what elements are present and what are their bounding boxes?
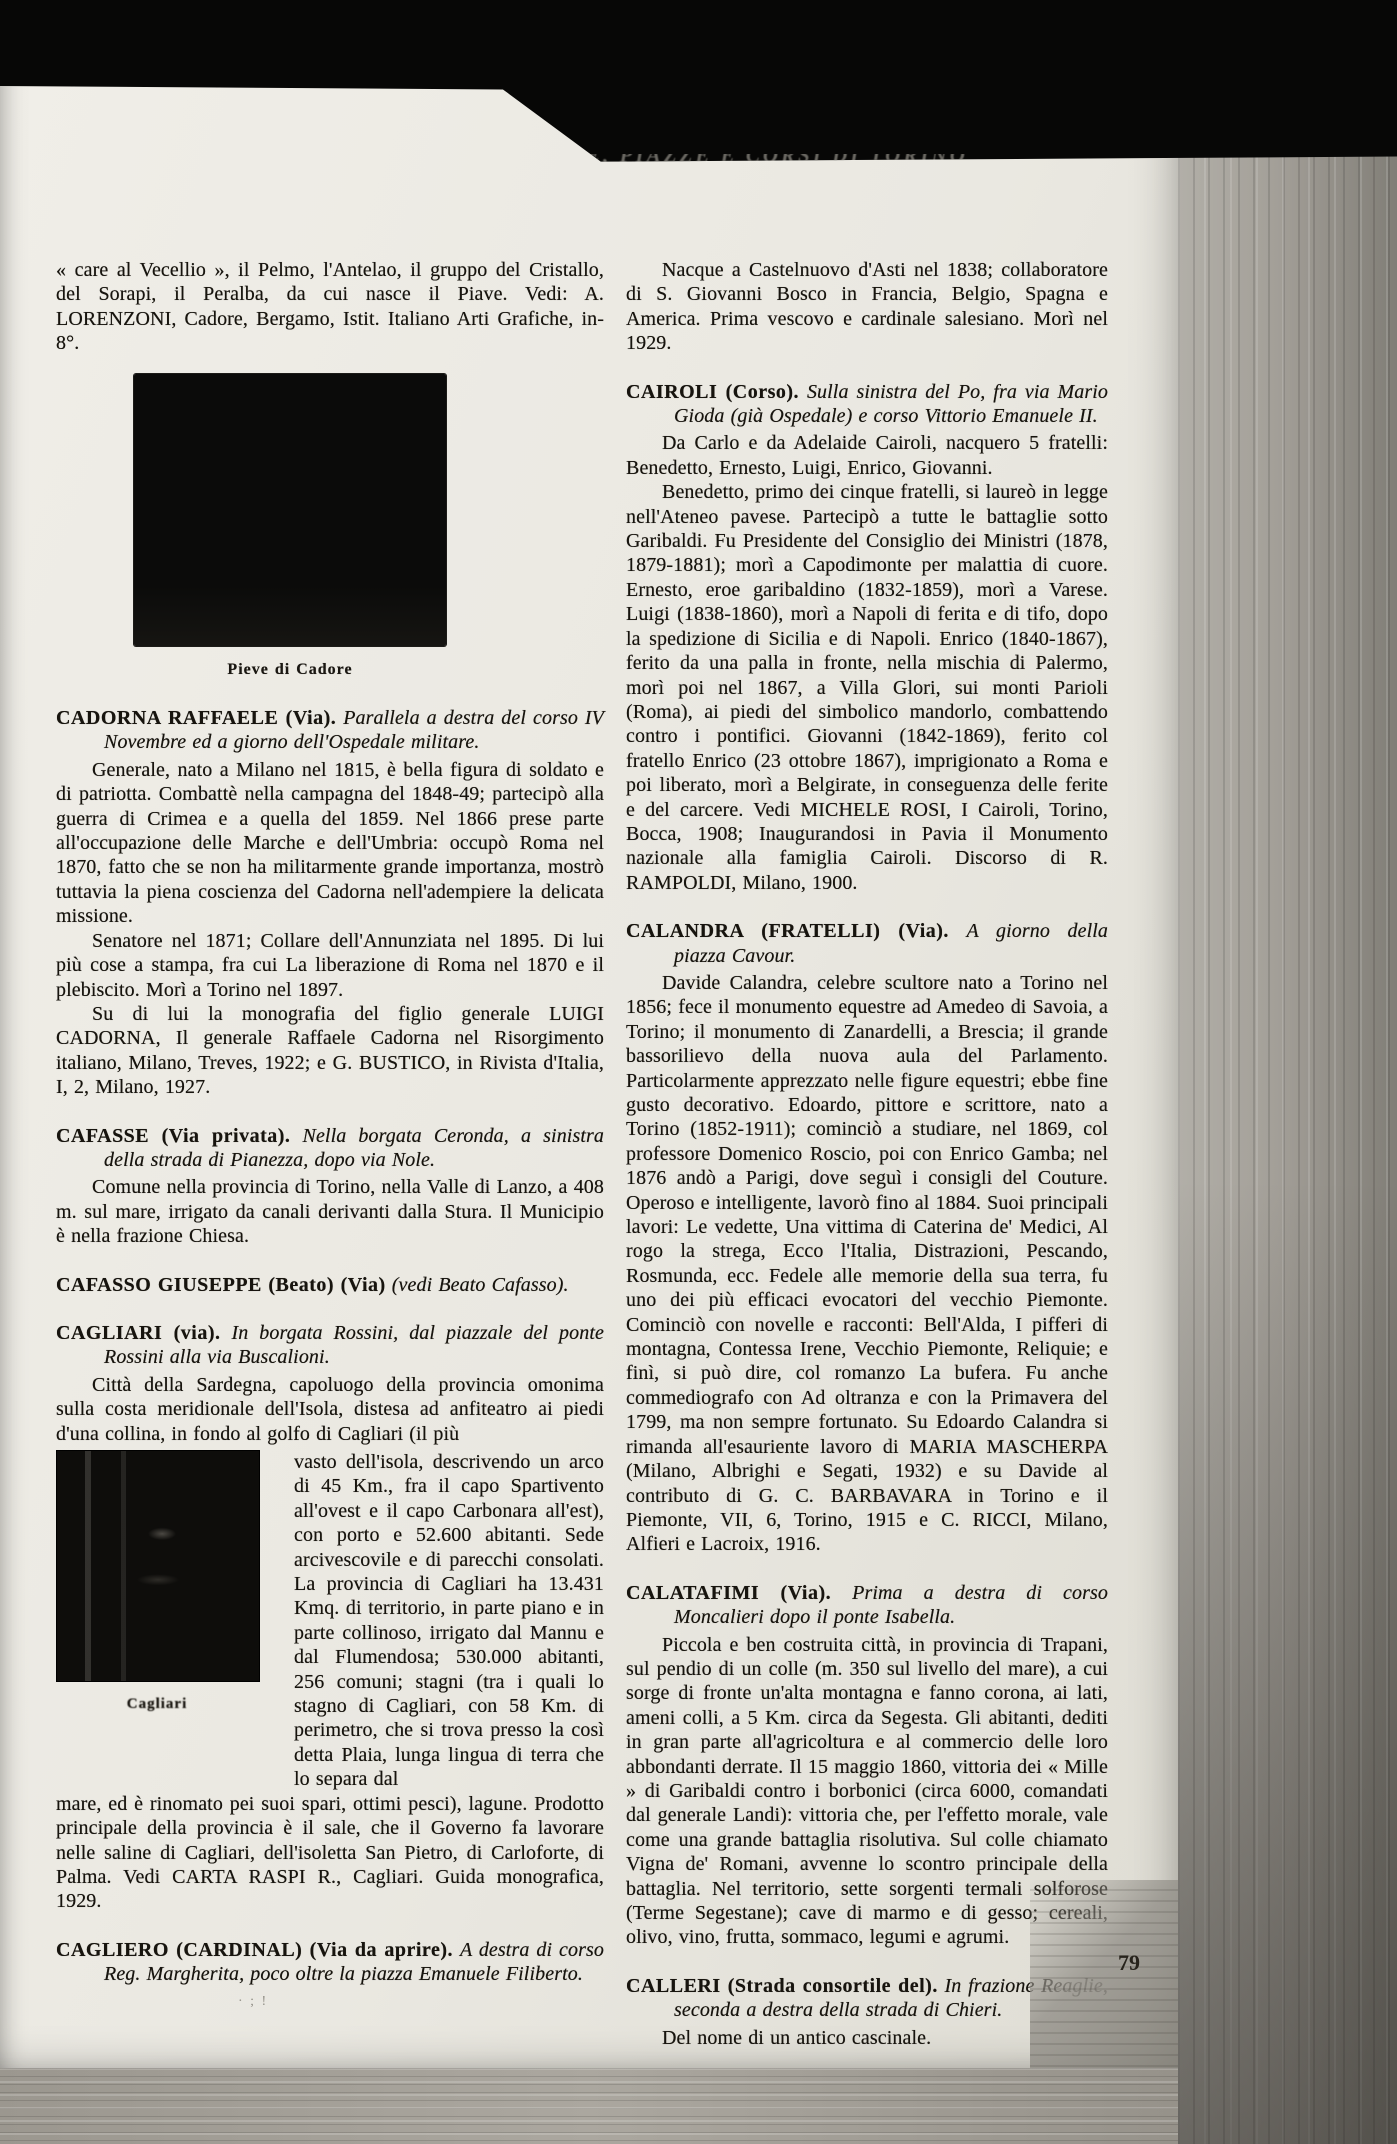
entry-heading: CAFASSE (Via privata). Nella borgata Cer… (56, 1124, 604, 1173)
entry-paragraph: mare, ed è rinomato pei suoi spari, otti… (56, 1792, 604, 1914)
entry-paragraph: Da Carlo e da Adelaide Cairoli, nacquero… (626, 431, 1108, 480)
entry-paragraph: Comune nella provincia di Torino, nella … (56, 1175, 604, 1248)
cagliari-figure-row: Cagliari vasto dell'isola, descrivendo u… (56, 1450, 604, 1792)
entry-calandra-fratelli: CALANDRA (FRATELLI) (Via). A giorno dell… (626, 919, 1108, 1557)
photo-pieve-di-cadore-image (134, 374, 446, 646)
entry-cadorna-raffaele: CADORNA RAFFAELE (Via). Parallela a dest… (56, 706, 604, 1100)
entry-term: CALANDRA (FRATELLI) (Via). (626, 920, 949, 942)
entry-heading: CAIROLI (Corso). Sulla sinistra del Po, … (626, 380, 1108, 429)
entry-cafasso-giuseppe: CAFASSO GIUSEPPE (Beato) (Via) (vedi Bea… (56, 1273, 604, 1297)
entry-cairoli: CAIROLI (Corso). Sulla sinistra del Po, … (626, 380, 1108, 896)
entry-heading: CALATAFIMI (Via). Prima a destra di cors… (626, 1581, 1108, 1630)
entry-heading: CAGLIERO (CARDINAL) (Via da aprire). A d… (56, 1938, 604, 1987)
entry-term: CAFASSE (Via privata). (56, 1125, 290, 1147)
photo-caption: Pieve di Cadore (134, 658, 446, 682)
book-page-edges-bottom (0, 2068, 1178, 2144)
book-page-edges-right (1178, 0, 1397, 2144)
entry-paragraph: Benedetto, primo dei cinque fratelli, si… (626, 480, 1108, 895)
entry-term: CAIROLI (Corso). (626, 381, 799, 403)
entry-term: CAGLIARI (via). (56, 1322, 220, 1344)
entry-paragraph: Senatore nel 1871; Collare dell'Annunzia… (56, 929, 604, 1002)
entry-term: CALLERI (Strada consortile del). (626, 1975, 938, 1997)
figure-cagliari-coat-of-arms: Cagliari (56, 1450, 268, 1792)
right-column: Nacque a Castelnuovo d'Asti nel 1838; co… (626, 258, 1108, 2050)
entry-heading: CAGLIARI (via). In borgata Rossini, dal … (56, 1321, 604, 1370)
left-continuation-paragraph: « care al Vecellio », il Pelmo, l'Antela… (56, 258, 604, 356)
entry-term: CADORNA RAFFAELE (Via). (56, 707, 336, 729)
right-continuation-paragraph: Nacque a Castelnuovo d'Asti nel 1838; co… (626, 258, 1108, 356)
entry-location: (vedi Beato Cafasso). (392, 1274, 569, 1296)
scan-smudge-mark: · ; ! (238, 1994, 268, 2010)
entry-heading: CADORNA RAFFAELE (Via). Parallela a dest… (56, 706, 604, 755)
entry-paragraph-beside-figure: vasto dell'isola, descrivendo un arco di… (268, 1450, 604, 1792)
cagliari-coat-of-arms-image (56, 1450, 260, 1682)
page-number: 79 (1118, 1950, 1140, 1976)
entry-paragraph: Generale, nato a Milano nel 1815, è bell… (56, 758, 604, 929)
entry-term: CALATAFIMI (Via). (626, 1582, 831, 1604)
entry-paragraph: Città della Sardegna, capoluogo della pr… (56, 1373, 604, 1446)
scanned-book-page: VIE, PIAZZE E CORSI DI TORINO « care al … (0, 0, 1397, 2144)
entry-cagliero-cardinal: CAGLIERO (CARDINAL) (Via da aprire). A d… (56, 1938, 604, 1987)
entry-heading: CAFASSO GIUSEPPE (Beato) (Via) (vedi Bea… (56, 1273, 604, 1297)
left-column: « care al Vecellio », il Pelmo, l'Antela… (56, 258, 604, 1990)
figure-pieve-di-cadore: Pieve di Cadore (134, 374, 446, 682)
entry-cagliari: CAGLIARI (via). In borgata Rossini, dal … (56, 1321, 604, 1914)
entry-term: CAFASSO GIUSEPPE (Beato) (Via) (56, 1274, 386, 1296)
entry-term: CAGLIERO (CARDINAL) (Via da aprire). (56, 1939, 453, 1961)
bottom-right-corner-shade (1030, 1880, 1178, 2068)
entry-paragraph: Davide Calandra, celebre scultore nato a… (626, 971, 1108, 1557)
coat-of-arms-caption: Cagliari (56, 1692, 258, 1716)
entry-heading: CALANDRA (FRATELLI) (Via). A giorno dell… (626, 919, 1108, 968)
entry-paragraph: Su di lui la monografia del figlio gener… (56, 1002, 604, 1100)
entry-cafasse: CAFASSE (Via privata). Nella borgata Cer… (56, 1124, 604, 1249)
